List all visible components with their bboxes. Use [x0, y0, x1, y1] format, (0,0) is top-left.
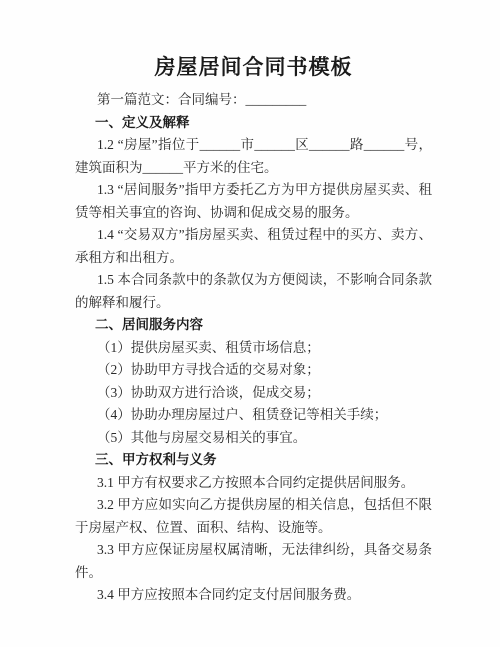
clause-1-3: 1.3 “居间服务”指甲方委托乙方为甲方提供房屋买卖、租赁等相关事宜的咨询、协调…: [75, 179, 432, 224]
clause-1-4: 1.4 “交易双方”指房屋买卖、租赁过程中的买方、卖方、承租方和出租方。: [75, 224, 432, 269]
clause-3-4: 3.4 甲方应按照本合同约定支付居间服务费。: [75, 584, 432, 607]
clause-3-2: 3.2 甲方应如实向乙方提供房屋的相关信息，包括但不限于房屋产权、位置、面积、结…: [75, 494, 432, 539]
clause-1-5: 1.5 本合同条款中的条款仅为方便阅读，不影响合同条款的解释和履行。: [75, 269, 432, 314]
service-item-3: （3）协助双方进行洽谈，促成交易；: [75, 382, 432, 405]
contract-number-blank: _________: [246, 92, 307, 107]
intro-label: 第一篇范文：合同编号：: [97, 92, 246, 107]
section-2-services-heading: 二、居间服务内容: [75, 314, 432, 337]
clause-3-3: 3.3 甲方应保证房屋权属清晰，无法律纠纷，具备交易条件。: [75, 539, 432, 584]
service-item-5: （5）其他与房屋交易相关的事宜。: [75, 427, 432, 450]
service-item-1: （1）提供房屋买卖、租赁市场信息；: [75, 337, 432, 360]
section-3-party-a-rights-heading: 三、甲方权利与义务: [75, 449, 432, 472]
clause-3-1: 3.1 甲方有权要求乙方按照本合同约定提供居间服务。: [75, 472, 432, 495]
clause-1-2: 1.2 “房屋”指位于______市______区______路______号，…: [75, 134, 432, 179]
service-item-2: （2）协助甲方寻找合适的交易对象；: [75, 359, 432, 382]
document-title: 房屋居间合同书模板: [75, 52, 432, 82]
section-1-definitions-heading: 一、定义及解释: [75, 112, 432, 135]
service-item-4: （4）协助办理房屋过户、租赁登记等相关手续；: [75, 404, 432, 427]
intro-line: 第一篇范文：合同编号：_________: [75, 89, 432, 112]
contract-document: 房屋居间合同书模板 第一篇范文：合同编号：_________ 一、定义及解释 1…: [0, 0, 500, 647]
